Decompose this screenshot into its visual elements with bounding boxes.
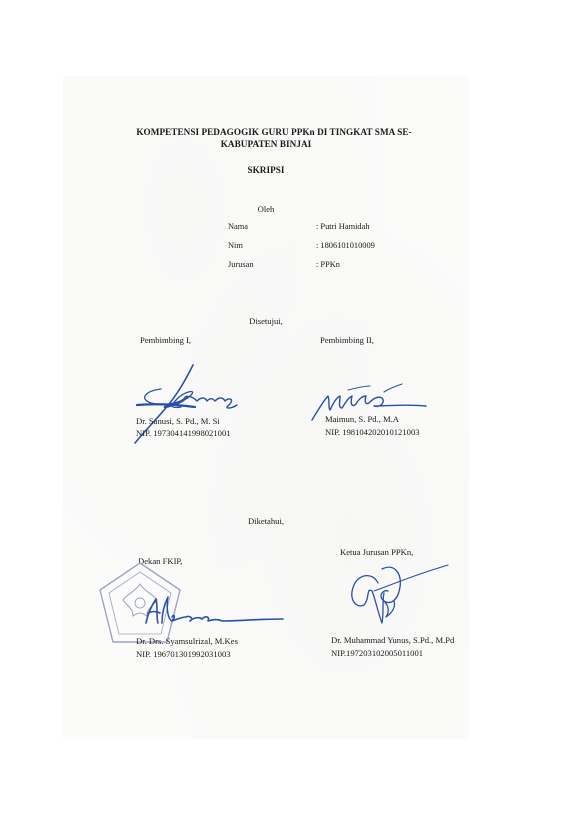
supervisor-1-name: Dr. Sanusi, S. Pd., M. Si [136,416,220,426]
nim-label: Nim [228,241,243,250]
nim-value: : 1806101010009 [316,241,375,250]
by-label: Oleh [63,204,469,214]
supervisor-2-role: Pembimbing II, [320,335,374,345]
title-line-1: KOMPETENSI PEDAGOGIK GURU PPKn DI TINGKA… [71,127,477,137]
official-2-role: Ketua Jurusan PPKn, [340,547,413,557]
official-2-nip: NIP.197203102005011001 [331,648,423,658]
scanned-document-page: KOMPETENSI PEDAGOGIK GURU PPKn DI TINGKA… [63,76,469,739]
approved-label: Disetujui, [63,316,469,326]
supervisor-2-name: Maimun, S. Pd., M.A [325,414,399,424]
title-line-2: KABUPATEN BINJAI [63,139,469,149]
supervisor-2-nip: NIP. 198104202010121003 [325,427,420,437]
official-2-name: Dr. Muhammad Yunus, S.Pd., M.Pd [331,635,454,645]
acknowledged-label: Diketahui, [63,516,469,526]
name-value: : Putri Hamidah [316,222,370,231]
department-label: Jurusan [228,260,254,269]
signature-dean-icon [138,589,288,634]
supervisor-1-role: Pembimbing I, [140,335,191,345]
official-1-nip: NIP. 196701301992031003 [136,649,231,659]
department-value: : PPKn [316,260,340,269]
supervisor-1-nip: NIP. 197304141998021001 [136,428,231,438]
official-1-name: Dr. Drs. Syamsulrizal, M.Kes [136,636,238,646]
document-type: SKRIPSI [63,165,469,175]
name-label: Nama [228,222,248,231]
